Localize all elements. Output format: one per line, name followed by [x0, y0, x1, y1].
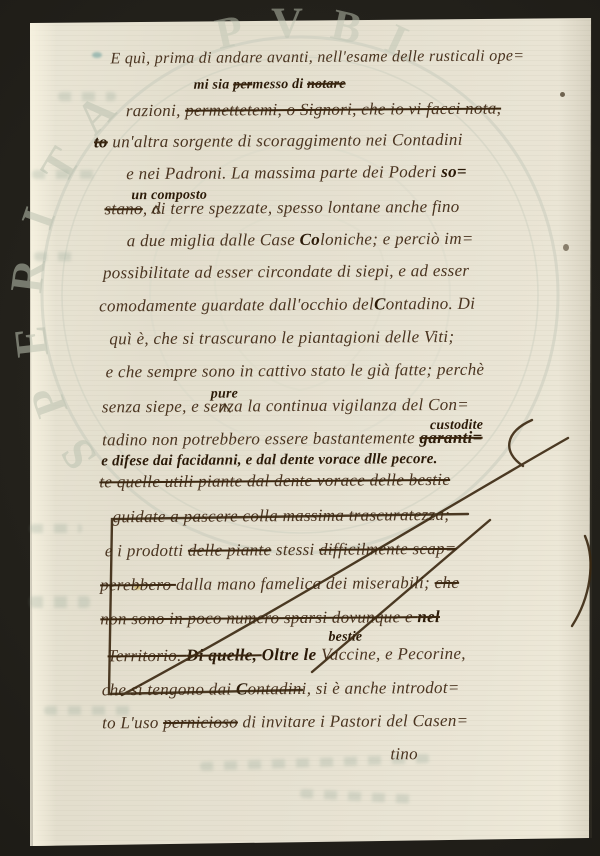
- handwritten-text: loniche; e perciò im=: [320, 229, 474, 249]
- manuscript-line: a due miglia dalle Case Coloniche; e per…: [127, 229, 474, 251]
- manuscript-line: to L'uso pernicioso di invitare i Pastor…: [102, 711, 468, 734]
- struck-text: garanti=: [419, 428, 482, 447]
- struck-text: te quelle utili piante dal dente vorace …: [99, 470, 450, 491]
- handwritten-text: e nei Padroni. La massima parte dei Pode…: [126, 162, 441, 183]
- manuscript-line: quì è, che si trascurano le piantagioni …: [109, 327, 454, 349]
- handwritten-text: Vaccine, e Pecorine,: [316, 644, 465, 664]
- handwritten-text: a due miglia dalle Case: [127, 230, 300, 250]
- handwritten-text: comodamente guardate dall'occhio del: [99, 294, 374, 315]
- manuscript-line: senza siepe, e senza la continua vigilan…: [102, 395, 469, 418]
- struck-text: Di quelle,: [186, 645, 262, 665]
- handwritten-text: ontadino. Di: [386, 294, 476, 314]
- handwritten-text: dalla mano famelica dei miserabili;: [176, 573, 435, 594]
- struck-text: permettetemi, o Signori, che io vi facci…: [185, 99, 501, 120]
- struck-text: non sono in poco numero sparsi dovunque …: [100, 607, 417, 628]
- struck-text: delle piante: [188, 540, 272, 560]
- handwritten-text: senza siepe, e senza la continua vigilan…: [102, 395, 469, 417]
- manuscript-line: stano, di terre spezzate, spesso lontane…: [104, 197, 459, 219]
- handwritten-text: bestie: [328, 630, 362, 645]
- handwritten-text: Oltre le: [262, 645, 317, 664]
- manuscript-line: razioni, permettetemi, o Signori, che io…: [126, 99, 501, 122]
- interlinear-insertion: bestie: [328, 630, 362, 646]
- manuscript-line: e nei Padroni. La massima parte dei Pode…: [126, 162, 467, 184]
- handwritten-text: messo di: [252, 77, 307, 92]
- manuscript-line: Territorio. Di quelle, Oltre le Vaccine,…: [108, 644, 466, 667]
- manuscript-line: to un'altra sorgente di scoraggimento ne…: [94, 130, 463, 153]
- struck-text: notare: [307, 77, 346, 92]
- handwritten-text: stessi: [271, 540, 319, 559]
- manuscript-line: guidate a pascere colla massima trascura…: [113, 505, 451, 527]
- handwritten-text: un'altra sorgente di scoraggimento nei C…: [108, 130, 463, 151]
- manuscript-scan: SPERITA PVBL E quì, prima di andare avan…: [0, 0, 600, 856]
- handwritten-text: ontadini, si è anche introdot=: [248, 678, 460, 698]
- manuscript-line: comodamente guardate dall'occhio delCont…: [99, 294, 475, 317]
- interlinear-insertion: mi sia permesso di notare: [194, 77, 346, 94]
- manuscript-line: possibilitate ad esser circondate di sie…: [103, 261, 470, 284]
- struck-text: difficilmente scap=: [319, 539, 457, 559]
- handwritten-text: quì è, che si trascurano le piantagioni …: [109, 327, 454, 348]
- catchword: tino: [390, 744, 418, 764]
- handwritten-text: tino: [390, 744, 418, 763]
- struck-text: nel: [417, 607, 440, 626]
- handwritten-text: mi sia: [194, 77, 234, 92]
- handwritten-text: guidate a pascere colla massima trascura…: [113, 505, 451, 526]
- handwritten-text: e i prodotti: [105, 541, 188, 561]
- manuscript-line: che si tengono dai Contadini, si è anche…: [102, 678, 460, 700]
- struck-text: Territorio.: [108, 646, 187, 666]
- manuscript-line: non sono in poco numero sparsi dovunque …: [100, 607, 440, 629]
- struck-text: pernicioso: [163, 712, 238, 732]
- handwritten-text: di invitare i Pastori del Casen=: [238, 711, 469, 732]
- handwritten-text: so=: [441, 162, 467, 181]
- manuscript-line: tadino non potrebbero essere bastantemen…: [102, 428, 483, 451]
- manuscript-text-block: E quì, prima di andare avanti, nell'esam…: [0, 0, 600, 856]
- struck-text: perebbero: [100, 575, 176, 595]
- manuscript-line: e i prodotti delle piante stessi diffici…: [105, 539, 457, 561]
- manuscript-line: E quì, prima di andare avanti, nell'esam…: [110, 47, 524, 68]
- handwritten-text: E quì, prima di andare avanti, nell'esam…: [110, 47, 524, 67]
- interlinear-insertion: e difese dai facidanni, e dal dente vora…: [101, 451, 437, 470]
- struck-text: per: [233, 77, 252, 92]
- handwritten-text: che si tengono dai: [102, 679, 236, 699]
- struck-text: che: [435, 573, 460, 592]
- handwritten-text: Co: [300, 230, 321, 249]
- handwritten-text: C: [236, 679, 248, 698]
- handwritten-text: tadino non potrebbero essere bastantemen…: [102, 428, 420, 449]
- struck-text: stano: [104, 199, 142, 218]
- handwritten-text: to L'uso: [102, 713, 163, 732]
- handwritten-text: C: [374, 294, 386, 313]
- handwritten-text: possibilitate ad esser circondate di sie…: [103, 261, 470, 283]
- handwritten-text: e che sempre sono in cattivo stato le gi…: [106, 360, 485, 382]
- manuscript-line: e che sempre sono in cattivo stato le gi…: [106, 360, 485, 383]
- manuscript-line: perebbero dalla mano famelica dei misera…: [100, 573, 459, 596]
- handwritten-text: e difese dai facidanni, e dal dente vora…: [101, 451, 437, 469]
- handwritten-text: , di terre spezzate, spesso lontane anch…: [143, 197, 460, 218]
- manuscript-line: te quelle utili piante dal dente vorace …: [99, 470, 450, 492]
- handwritten-text: razioni,: [126, 101, 186, 120]
- struck-text: to: [94, 132, 108, 151]
